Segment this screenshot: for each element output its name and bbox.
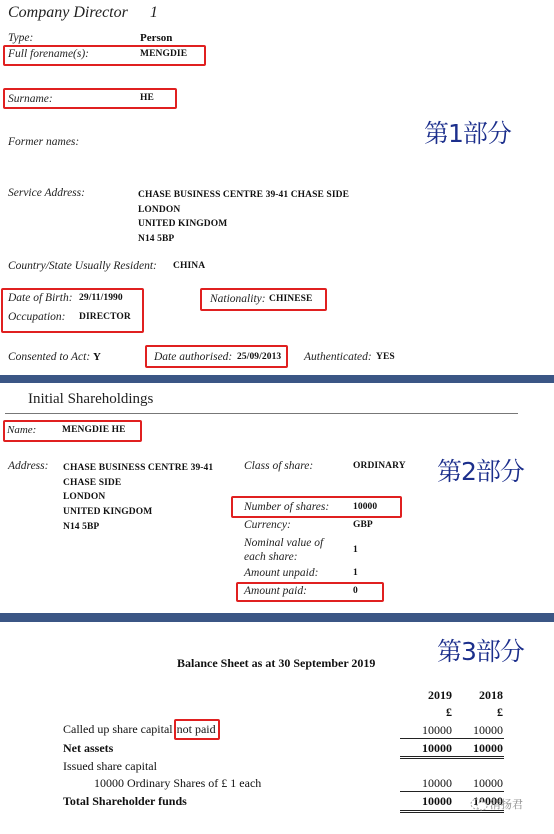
balance-row-label: Issued share capital — [63, 759, 157, 774]
service-address-line: CHASE BUSINESS CENTRE 39-41 CHASE SIDE — [138, 188, 349, 203]
dob-label: Date of Birth: — [8, 292, 73, 304]
cell-2019: 10000 — [402, 776, 452, 791]
shareholder-name-label: Name: — [7, 424, 36, 436]
balance-row-label: Called up share capital not paid — [63, 722, 217, 737]
date-authorised-label: Date authorised: — [154, 351, 232, 363]
section-divider-bar — [0, 613, 554, 622]
shareholder-address-line: CHASE SIDE — [63, 476, 213, 491]
currency-label: Currency: — [244, 519, 291, 531]
occupation-label: Occupation: — [8, 311, 65, 323]
director-heading-text: Company Director — [8, 4, 128, 21]
nominal-label-line: Nominal value of — [244, 537, 323, 551]
type-label: Type: — [8, 32, 33, 44]
cell-2019: 10000 — [402, 723, 452, 738]
part-2-label: 第2部分 — [437, 452, 524, 488]
watermark: 清扬君 — [470, 796, 523, 812]
shareholder-address-label: Address: — [8, 460, 48, 472]
nationality-value: CHINESE — [269, 294, 312, 304]
cell-2018: 10000 — [453, 723, 503, 738]
forename-value: MENGDIE — [140, 49, 187, 59]
director-heading: Company Director 1 — [8, 4, 158, 22]
part-3-label: 第3部分 — [437, 632, 524, 668]
type-value: Person — [140, 32, 172, 44]
column-unit-2018: £ — [453, 705, 503, 720]
number-of-shares-value: 10000 — [353, 502, 377, 512]
amount-paid-label: Amount paid: — [244, 585, 307, 597]
highlight-frame — [174, 719, 220, 740]
former-names-label: Former names: — [8, 136, 79, 148]
consented-value: Y — [93, 351, 101, 363]
wechat-icon — [470, 798, 488, 811]
nominal-value-label: Nominal value of each share: — [244, 537, 323, 564]
shareholder-address: CHASE BUSINESS CENTRE 39-41 CHASE SIDE L… — [63, 461, 213, 535]
service-address: CHASE BUSINESS CENTRE 39-41 CHASE SIDE L… — [138, 188, 349, 246]
dob-value: 29/11/1990 — [79, 293, 123, 303]
nominal-value: 1 — [353, 545, 358, 555]
column-year-2019: 2019 — [402, 688, 452, 703]
watermark-text: 清扬君 — [490, 796, 523, 812]
cell-2018: 10000 — [453, 741, 503, 756]
row-label-text: Called up share capital — [63, 722, 173, 736]
amount-unpaid-value: 1 — [353, 568, 358, 578]
service-address-line: LONDON — [138, 203, 349, 218]
authenticated-value: YES — [376, 352, 395, 362]
shareholdings-heading: Initial Shareholdings — [28, 391, 153, 408]
balance-row-label: 10000 Ordinary Shares of £ 1 each — [94, 776, 261, 791]
service-address-line: UNITED KINGDOM — [138, 217, 349, 232]
amount-unpaid-label: Amount unpaid: — [244, 567, 318, 579]
forename-label: Full forename(s): — [8, 48, 89, 60]
service-address-line: N14 5BP — [138, 232, 349, 247]
consented-label: Consented to Act: — [8, 351, 90, 363]
residence-label: Country/State Usually Resident: — [8, 260, 157, 272]
cell-2018: 10000 — [453, 776, 503, 791]
class-label: Class of share: — [244, 460, 313, 472]
authenticated-label: Authenticated: — [304, 351, 372, 363]
date-authorised-value: 25/09/2013 — [237, 352, 281, 362]
column-year-2018: 2018 — [453, 688, 503, 703]
service-address-label: Service Address: — [8, 187, 85, 199]
surname-value: HE — [140, 93, 154, 103]
director-number: 1 — [150, 4, 158, 21]
subtotal-rule — [400, 738, 504, 739]
section-divider-bar — [0, 375, 554, 383]
currency-value: GBP — [353, 520, 373, 530]
balance-row-label: Net assets — [63, 741, 113, 756]
cell-2019: 10000 — [402, 794, 452, 809]
surname-label: Surname: — [8, 93, 53, 105]
shareholder-address-line: N14 5BP — [63, 520, 213, 535]
heading-rule — [5, 413, 518, 414]
total-double-rule — [400, 756, 504, 759]
shareholder-address-line: LONDON — [63, 490, 213, 505]
class-value: ORDINARY — [353, 461, 406, 471]
balance-row-label: Total Shareholder funds — [63, 794, 187, 809]
nominal-label-line: each share: — [244, 551, 323, 565]
cell-2019: 10000 — [402, 741, 452, 756]
nationality-label: Nationality: — [210, 293, 266, 305]
shareholder-name-value: MENGDIE HE — [62, 425, 126, 435]
part-1-label: 第1部分 — [424, 114, 511, 150]
subtotal-rule — [400, 791, 504, 792]
shareholder-address-line: CHASE BUSINESS CENTRE 39-41 — [63, 461, 213, 476]
not-paid-highlight: not paid — [176, 722, 217, 737]
balance-sheet-title: Balance Sheet as at 30 September 2019 — [177, 656, 375, 671]
shareholder-address-line: UNITED KINGDOM — [63, 505, 213, 520]
residence-value: CHINA — [173, 261, 205, 271]
occupation-value: DIRECTOR — [79, 312, 131, 322]
number-of-shares-label: Number of shares: — [244, 501, 329, 513]
amount-paid-value: 0 — [353, 586, 358, 596]
column-unit-2019: £ — [402, 705, 452, 720]
